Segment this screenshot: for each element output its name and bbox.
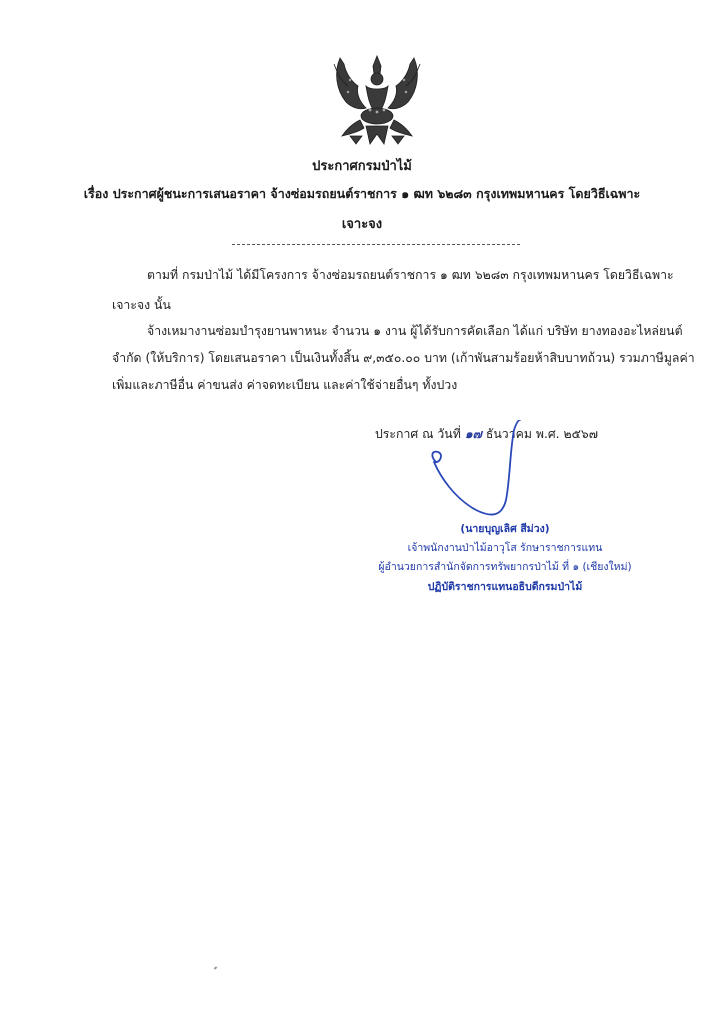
paragraph-1-line-1: ตามที่ กรมป่าไม้ ได้มีโครงการ จ้างซ่อมรถ… [147,266,674,285]
document-subject-continuation: เจาะจง [0,213,724,234]
document-title: ประกาศกรมป่าไม้ [0,155,724,176]
separator-line [232,244,520,245]
signatory-position-1: เจ้าพนักงานป่าไม้อาวุโส รักษาราชการแทน [340,539,670,556]
scan-speck [214,966,218,969]
paragraph-2-line-1: จ้างเหมางานซ่อมบำรุงยานพาหนะ จำนวน ๑ งาน… [147,322,683,341]
garuda-emblem-icon [330,50,424,148]
paragraph-2-line-2: จำกัด (ให้บริการ) โดยเสนอราคา เป็นเงินทั… [112,349,695,368]
signatory-position-3: ปฏิบัติราชการแทนอธิบดีกรมป่าไม้ [340,578,670,595]
document-page: ประกาศกรมป่าไม้ เรื่อง ประกาศผู้ชนะการเส… [0,0,724,1024]
paragraph-1-line-2: เจาะจง นั้น [112,296,171,315]
handwritten-signature-icon [420,420,570,520]
document-subject: เรื่อง ประกาศผู้ชนะการเสนอราคา จ้างซ่อมร… [0,184,724,204]
signatory-name: (นายบุญเลิศ สีม่วง) [340,520,670,537]
signatory-position-2: ผู้อำนวยการสำนักจัดการทรัพยากรป่าไม้ ที่… [340,558,670,575]
paragraph-2-line-3: เพิ่มและภาษีอื่น ค่าขนส่ง ค่าจดทะเบียน แ… [112,376,457,395]
